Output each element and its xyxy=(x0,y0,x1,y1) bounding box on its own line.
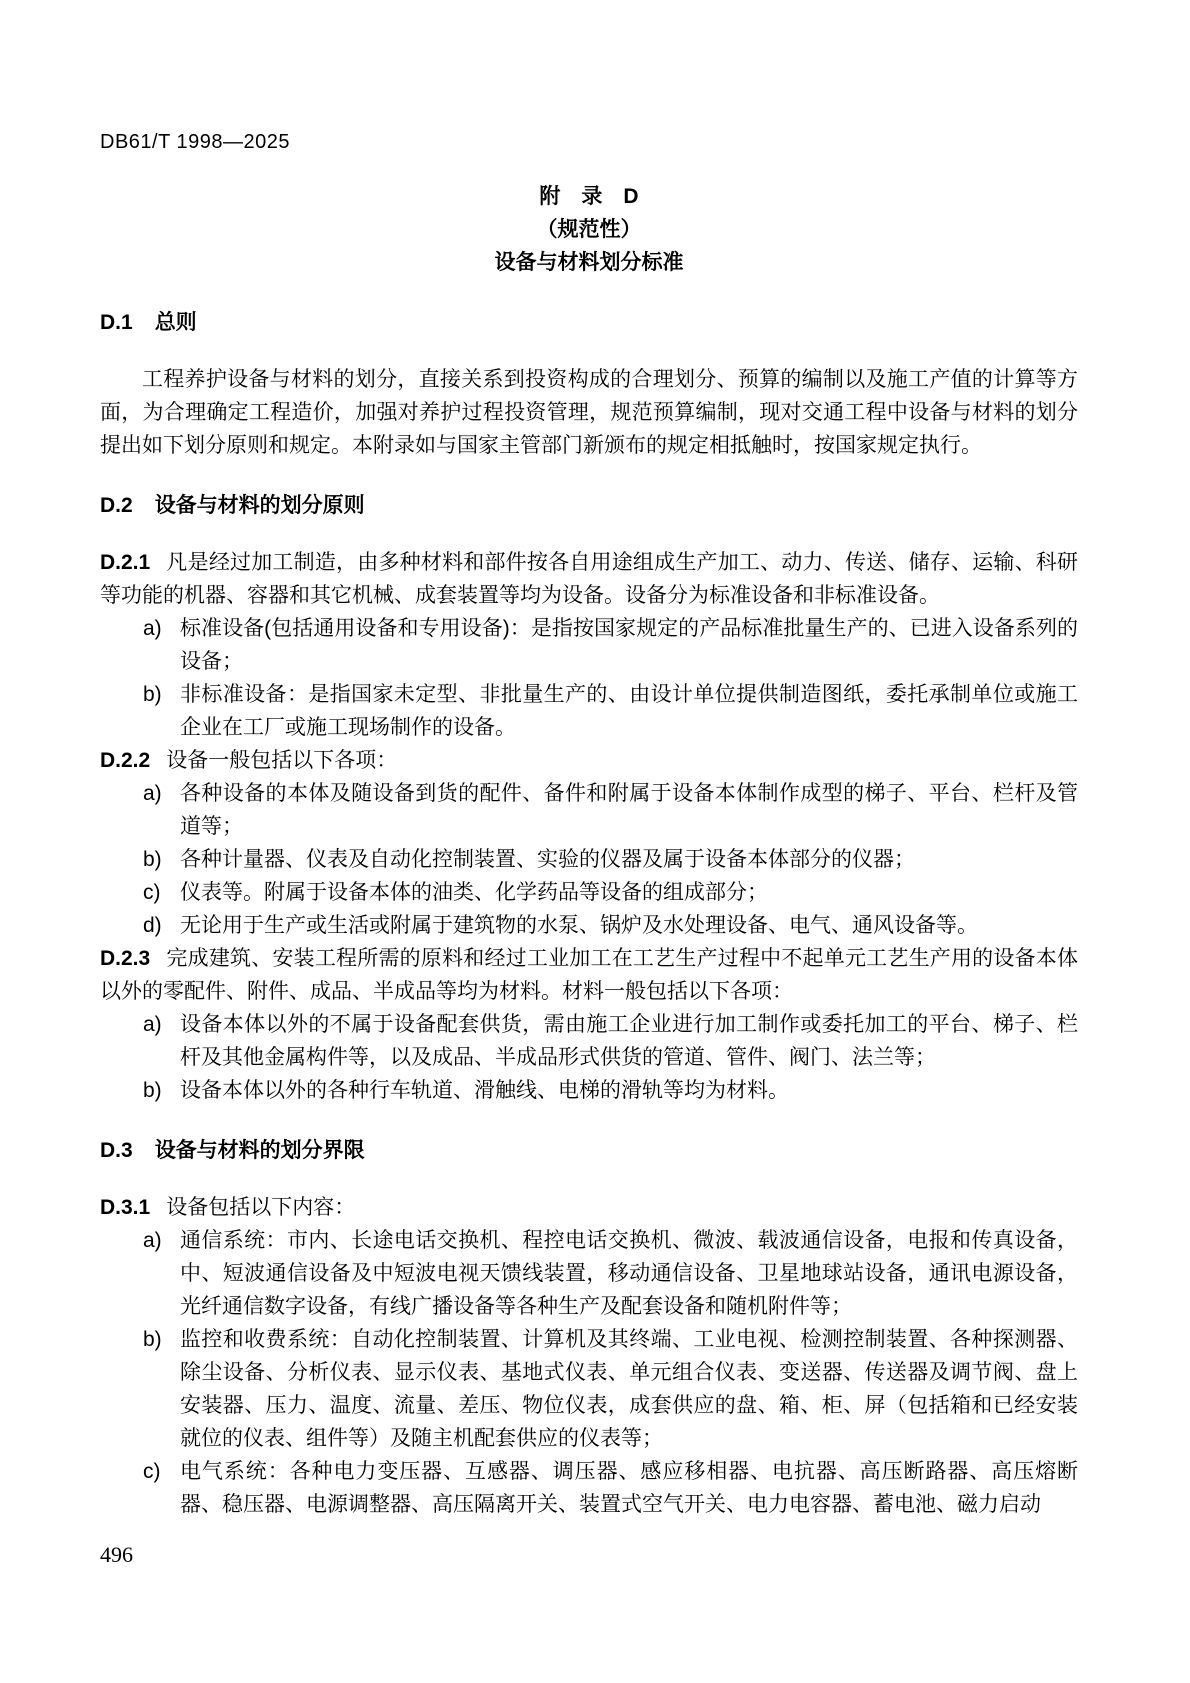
clause-number-d2-1: D.2.1 xyxy=(100,551,150,574)
clause-number-d3-1: D.3.1 xyxy=(100,1196,150,1219)
appendix-subtitle: 设备与材料划分标准 xyxy=(100,246,1078,279)
clause-text-d3-1: 设备包括以下内容： xyxy=(166,1196,355,1219)
section-title-d1: 总则 xyxy=(155,311,197,334)
list-item-label: a) xyxy=(143,777,180,843)
list-item: d) 无论用于生产或生活或附属于建筑物的水泵、锅炉及水处理设备、电气、通风设备等… xyxy=(143,909,1078,942)
list-item: c) 仪表等。附属于设备本体的油类、化学药品等设备的组成部分； xyxy=(143,876,1078,909)
list-item-text: 仪表等。附属于设备本体的油类、化学药品等设备的组成部分； xyxy=(180,876,1078,909)
list-item: b) 监控和收费系统：自动化控制装置、计算机及其终端、工业电视、检测控制装置、各… xyxy=(143,1323,1078,1455)
list-item-text: 标准设备(包括通用设备和专用设备)：是指按国家规定的产品标准批量生产的、已进入设… xyxy=(180,612,1078,678)
list-item-label: b) xyxy=(143,1323,180,1455)
list-d3-1: a) 通信系统：市内、长途电话交换机、程控电话交换机、微波、载波通信设备，电报和… xyxy=(100,1224,1078,1521)
list-item-label: d) xyxy=(143,909,180,942)
section-number-d2: D.2 xyxy=(100,494,133,517)
list-item: c) 电气系统：各种电力变压器、互感器、调压器、感应移相器、电抗器、高压断路器、… xyxy=(143,1455,1078,1521)
list-item-text: 非标准设备：是指国家未定型、非批量生产的、由设计单位提供制造图纸，委托承制单位或… xyxy=(180,678,1078,744)
list-item: a) 标准设备(包括通用设备和专用设备)：是指按国家规定的产品标准批量生产的、已… xyxy=(143,612,1078,678)
list-item-text: 设备本体以外的各种行车轨道、滑触线、电梯的滑轨等均为材料。 xyxy=(180,1074,1078,1107)
section-title-d2: 设备与材料的划分原则 xyxy=(155,494,365,517)
list-item-label: b) xyxy=(143,843,180,876)
list-item: b) 设备本体以外的各种行车轨道、滑触线、电梯的滑轨等均为材料。 xyxy=(143,1074,1078,1107)
page-content: DB61/T 1998—2025 附 录 D （规范性） 设备与材料划分标准 D… xyxy=(0,0,1190,1521)
list-item-label: b) xyxy=(143,678,180,744)
section-heading-d3: D.3设备与材料的划分界限 xyxy=(100,1134,1078,1167)
list-item-text: 电气系统：各种电力变压器、互感器、调压器、感应移相器、电抗器、高压断路器、高压熔… xyxy=(180,1455,1078,1521)
clause-d2-2: D.2.2设备一般包括以下各项： xyxy=(100,744,1078,777)
appendix-title-block: 附 录 D （规范性） 设备与材料划分标准 xyxy=(100,180,1078,279)
section-number-d3: D.3 xyxy=(100,1139,133,1162)
list-item-label: a) xyxy=(143,1008,180,1074)
section-heading-d1: D.1总则 xyxy=(100,306,1078,339)
list-item-text: 通信系统：市内、长途电话交换机、程控电话交换机、微波、载波通信设备，电报和传真设… xyxy=(180,1224,1078,1323)
appendix-label: 附 录 D xyxy=(100,180,1078,213)
clause-text-d2-1: 凡是经过加工制造，由多种材料和部件按各自用途组成生产加工、动力、传送、储存、运输… xyxy=(100,551,1078,607)
list-item: a) 各种设备的本体及随设备到货的配件、备件和附属于设备本体制作成型的梯子、平台… xyxy=(143,777,1078,843)
list-item-label: c) xyxy=(143,876,180,909)
document-page: DB61/T 1998—2025 附 录 D （规范性） 设备与材料划分标准 D… xyxy=(0,0,1190,1683)
section-title-d3: 设备与材料的划分界限 xyxy=(155,1139,365,1162)
list-item-text: 设备本体以外的不属于设备配套供货，需由施工企业进行加工制作或委托加工的平台、梯子… xyxy=(180,1008,1078,1074)
clause-d3-1: D.3.1设备包括以下内容： xyxy=(100,1191,1078,1224)
list-d2-1: a) 标准设备(包括通用设备和专用设备)：是指按国家规定的产品标准批量生产的、已… xyxy=(100,612,1078,744)
list-item-label: a) xyxy=(143,612,180,678)
page-number: 496 xyxy=(100,1538,133,1571)
clause-number-d2-2: D.2.2 xyxy=(100,749,150,772)
doc-code: DB61/T 1998—2025 xyxy=(100,130,1078,154)
clause-text-d2-3: 完成建筑、安装工程所需的原料和经过工业加工在工艺生产过程中不起单元工艺生产用的设… xyxy=(100,947,1078,1003)
list-item-text: 监控和收费系统：自动化控制装置、计算机及其终端、工业电视、检测控制装置、各种探测… xyxy=(180,1323,1078,1455)
list-d2-2: a) 各种设备的本体及随设备到货的配件、备件和附属于设备本体制作成型的梯子、平台… xyxy=(100,777,1078,942)
clause-d2-3: D.2.3完成建筑、安装工程所需的原料和经过工业加工在工艺生产过程中不起单元工艺… xyxy=(100,942,1078,1008)
list-item: b) 各种计量器、仪表及自动化控制装置、实验的仪器及属于设备本体部分的仪器； xyxy=(143,843,1078,876)
list-item-text: 无论用于生产或生活或附属于建筑物的水泵、锅炉及水处理设备、电气、通风设备等。 xyxy=(180,909,1078,942)
paragraph-d1: 工程养护设备与材料的划分，直接关系到投资构成的合理划分、预算的编制以及施工产值的… xyxy=(100,363,1078,462)
clause-d2-1: D.2.1凡是经过加工制造，由多种材料和部件按各自用途组成生产加工、动力、传送、… xyxy=(100,546,1078,612)
list-item-label: b) xyxy=(143,1074,180,1107)
list-item: b) 非标准设备：是指国家未定型、非批量生产的、由设计单位提供制造图纸，委托承制… xyxy=(143,678,1078,744)
clause-text-d2-2: 设备一般包括以下各项： xyxy=(166,749,397,772)
clause-number-d2-3: D.2.3 xyxy=(100,947,150,970)
list-item: a) 设备本体以外的不属于设备配套供货，需由施工企业进行加工制作或委托加工的平台… xyxy=(143,1008,1078,1074)
appendix-normative-tag: （规范性） xyxy=(100,213,1078,246)
list-item-label: c) xyxy=(143,1455,180,1521)
list-item-label: a) xyxy=(143,1224,180,1323)
section-heading-d2: D.2设备与材料的划分原则 xyxy=(100,489,1078,522)
list-item-text: 各种计量器、仪表及自动化控制装置、实验的仪器及属于设备本体部分的仪器； xyxy=(180,843,1078,876)
list-item: a) 通信系统：市内、长途电话交换机、程控电话交换机、微波、载波通信设备，电报和… xyxy=(143,1224,1078,1323)
list-d2-3: a) 设备本体以外的不属于设备配套供货，需由施工企业进行加工制作或委托加工的平台… xyxy=(100,1008,1078,1107)
section-number-d1: D.1 xyxy=(100,311,133,334)
list-item-text: 各种设备的本体及随设备到货的配件、备件和附属于设备本体制作成型的梯子、平台、栏杆… xyxy=(180,777,1078,843)
